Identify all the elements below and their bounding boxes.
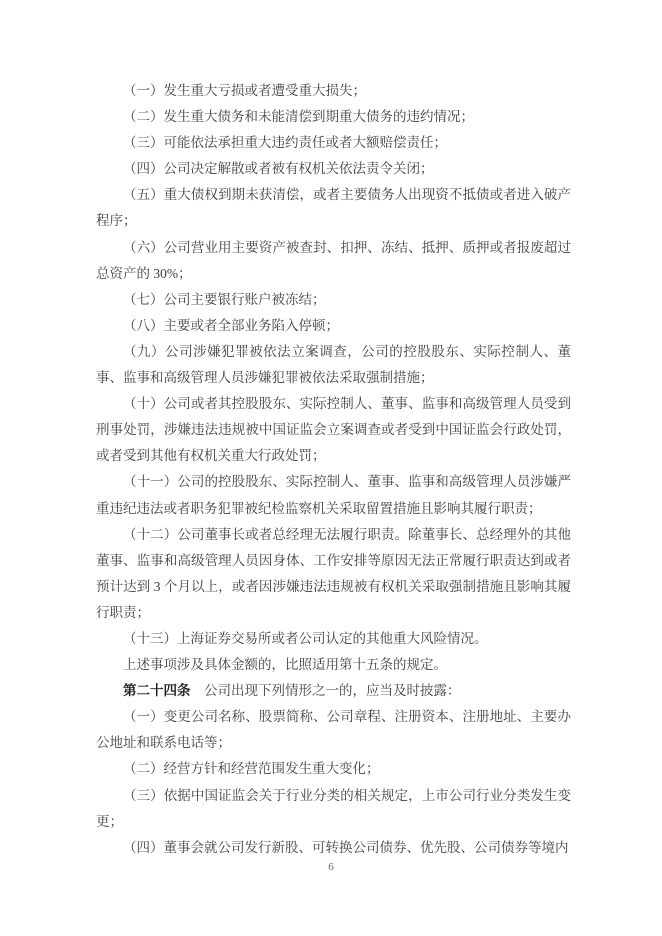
clause-item-8: （八）主要或者全部业务陷入停顿； [96,313,571,339]
clause-item-5: （五）重大债权到期未获清偿，或者主要债务人出现资不抵债或者进入破产程序； [96,182,571,234]
clause-item-12: （十二）公司董事长或者总经理无法履行职责。除董事长、总经理外的其他董事、监事和高… [96,522,571,626]
article24-item-2: （二）经营方针和经营范围发生重大变化； [96,756,571,782]
article-24-paragraph: 第二十四条 公司出现下列情形之一的，应当及时披露： [96,678,571,704]
article-24-intro: 公司出现下列情形之一的，应当及时披露： [191,683,461,698]
clause-item-4: （四）公司决定解散或者被有权机关依法责令关闭； [96,156,571,182]
document-page: （一）发生重大亏损或者遭受重大损失； （二）发生重大债务和未能清偿到期重大债务的… [0,0,662,936]
article-24-number: 第二十四条 [123,683,191,698]
document-text-block: （一）发生重大亏损或者遭受重大损失； （二）发生重大债务和未能清偿到期重大债务的… [96,78,571,861]
clause-item-11: （十一）公司的控股股东、实际控制人、董事、监事和高级管理人员涉嫌严重违纪违法或者… [96,469,571,521]
clause-item-7: （七）公司主要银行账户被冻结； [96,287,571,313]
applicability-note: 上述事项涉及具体金额的，比照适用第十五条的规定。 [96,652,571,678]
clause-item-2: （二）发生重大债务和未能清偿到期重大债务的违约情况； [96,104,571,130]
page-number: 6 [0,861,662,873]
clause-item-1: （一）发生重大亏损或者遭受重大损失； [96,78,571,104]
article24-item-3: （三）依据中国证监会关于行业分类的相关规定，上市公司行业分类发生变更； [96,783,571,835]
article24-item-1: （一）变更公司名称、股票简称、公司章程、注册资本、注册地址、主要办公地址和联系电… [96,704,571,756]
clause-item-10: （十）公司或者其控股股东、实际控制人、董事、监事和高级管理人员受到刑事处罚，涉嫌… [96,391,571,469]
clause-item-6: （六）公司营业用主要资产被查封、扣押、冻结、抵押、质押或者报废超过总资产的 30… [96,235,571,287]
clause-item-3: （三）可能依法承担重大违约责任或者大额赔偿责任； [96,130,571,156]
clause-item-9: （九）公司涉嫌犯罪被依法立案调查，公司的控股股东、实际控制人、董事、监事和高级管… [96,339,571,391]
article24-item-4: （四）董事会就公司发行新股、可转换公司债券、优先股、公司债券等境内 [96,835,571,861]
clause-item-13: （十三）上海证券交易所或者公司认定的其他重大风险情况。 [96,626,571,652]
